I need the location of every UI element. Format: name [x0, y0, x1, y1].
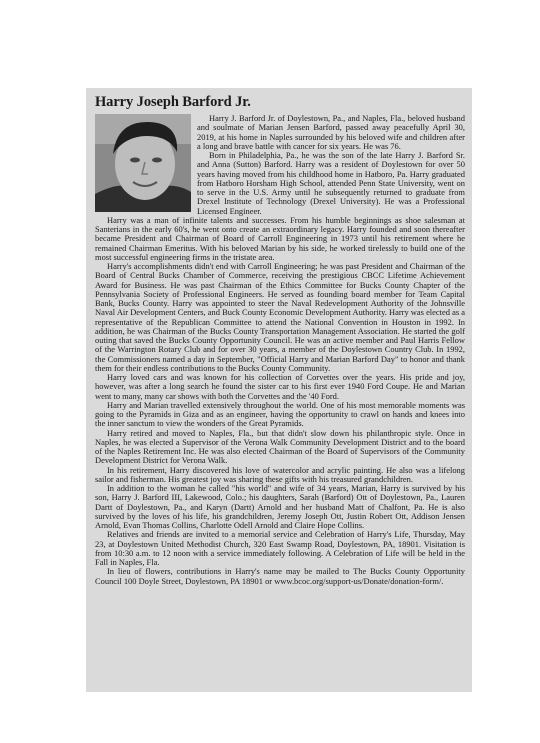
person-portrait-icon — [95, 114, 191, 212]
newspaper-clipping: Harry Joseph Barford Jr. Harry J. Barfor… — [86, 88, 472, 692]
paragraph: Harry retired and moved to Naples, Fla.,… — [95, 429, 465, 466]
paragraph: Harry and Marian travelled extensively t… — [95, 401, 465, 429]
paragraph: Harry was a man of infinite talents and … — [95, 216, 465, 262]
paragraph: Harry loved cars and was known for his c… — [95, 373, 465, 401]
paragraph: In addition to the woman he called "his … — [95, 484, 465, 530]
paragraph: Harry's accomplishments didn't end with … — [95, 262, 465, 373]
paragraph: Relatives and friends are invited to a m… — [95, 530, 465, 567]
paragraph: In his retirement, Harry discovered his … — [95, 466, 465, 485]
obituary-title: Harry Joseph Barford Jr. — [95, 94, 465, 110]
paragraph: In lieu of flowers, contributions in Har… — [95, 567, 465, 586]
obituary-body: Harry J. Barford Jr. of Doylestown, Pa.,… — [95, 114, 465, 586]
portrait-photo — [95, 114, 191, 212]
